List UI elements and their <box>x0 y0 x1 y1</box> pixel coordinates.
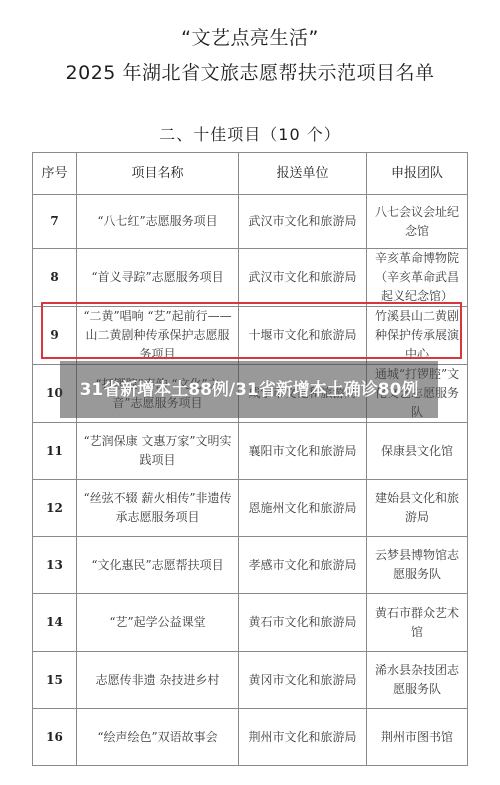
row-applicant-team: 八七会议会址纪念馆 <box>367 195 468 249</box>
overlay-headline-text: 31省新增本土88例/31省新增本土确诊80例 <box>80 378 419 402</box>
row-applicant-team: 保康县文化馆 <box>367 423 468 480</box>
row-submitting-unit: 武汉市文化和旅游局 <box>239 195 367 249</box>
table-row: 15 志愿传非遗 杂技进乡村 黄冈市文化和旅游局 浠水县杂技团志愿服务队 <box>33 652 468 709</box>
row-project-name: “绘声绘色”双语故事会 <box>77 709 239 766</box>
row-number: 7 <box>33 195 77 249</box>
row-number: 12 <box>33 480 77 537</box>
row-project-name: “八七红”志愿服务项目 <box>77 195 239 249</box>
table-row: 8 “首义寻踪”志愿服务项目 武汉市文化和旅游局 辛亥革命博物院（辛亥革命武昌起… <box>33 249 468 307</box>
table-row: 7 “八七红”志愿服务项目 武汉市文化和旅游局 八七会议会址纪念馆 <box>33 195 468 249</box>
table-row: 16 “绘声绘色”双语故事会 荆州市文化和旅游局 荆州市图书馆 <box>33 709 468 766</box>
row-number: 14 <box>33 594 77 652</box>
row-project-name: 志愿传非遗 杂技进乡村 <box>77 652 239 709</box>
row-project-name: “二黄”唱响 “艺”起前行——山二黄剧种传承保护志愿服务项目 <box>77 307 239 365</box>
table-header-row: 序号 项目名称 报送单位 申报团队 <box>33 153 468 195</box>
row-applicant-team: 黄石市群众艺术馆 <box>367 594 468 652</box>
row-project-name: “艺润保康 文惠万家”文明实践项目 <box>77 423 239 480</box>
row-number: 8 <box>33 249 77 307</box>
document-title-line1: “文艺点亮生活” <box>0 23 500 50</box>
table-row: 14 “艺”起学公益课堂 黄石市文化和旅游局 黄石市群众艺术馆 <box>33 594 468 652</box>
header-number: 序号 <box>33 153 77 195</box>
row-project-name: “丝弦不辍 薪火相传”非遗传承志愿服务项目 <box>77 480 239 537</box>
row-project-name: “首义寻踪”志愿服务项目 <box>77 249 239 307</box>
row-number: 15 <box>33 652 77 709</box>
row-project-name: “艺”起学公益课堂 <box>77 594 239 652</box>
row-applicant-team: 竹溪县山二黄剧种保护传承展演中心 <box>367 307 468 365</box>
section-heading: 二、十佳项目（10 个） <box>0 122 500 145</box>
header-submitting-unit: 报送单位 <box>239 153 367 195</box>
project-list-table: 序号 项目名称 报送单位 申报团队 7 “八七红”志愿服务项目 武汉市文化和旅游… <box>32 152 468 766</box>
row-project-name: “文化惠民”志愿帮扶项目 <box>77 537 239 594</box>
row-applicant-team: 建始县文化和旅游局 <box>367 480 468 537</box>
row-number: 11 <box>33 423 77 480</box>
header-project-name: 项目名称 <box>77 153 239 195</box>
table-row: 12 “丝弦不辍 薪火相传”非遗传承志愿服务项目 恩施州文化和旅游局 建始县文化… <box>33 480 468 537</box>
row-number: 16 <box>33 709 77 766</box>
row-number: 13 <box>33 537 77 594</box>
row-applicant-team: 荆州市图书馆 <box>367 709 468 766</box>
row-submitting-unit: 黄冈市文化和旅游局 <box>239 652 367 709</box>
headline-overlay-banner[interactable]: 31省新增本土88例/31省新增本土确诊80例 <box>60 361 438 418</box>
row-applicant-team: 云梦县博物馆志愿服务队 <box>367 537 468 594</box>
row-submitting-unit: 十堰市文化和旅游局 <box>239 307 367 365</box>
row-submitting-unit: 武汉市文化和旅游局 <box>239 249 367 307</box>
row-submitting-unit: 黄石市文化和旅游局 <box>239 594 367 652</box>
row-submitting-unit: 荆州市文化和旅游局 <box>239 709 367 766</box>
row-applicant-team: 浠水县杂技团志愿服务队 <box>367 652 468 709</box>
row-submitting-unit: 孝感市文化和旅游局 <box>239 537 367 594</box>
table-row: 13 “文化惠民”志愿帮扶项目 孝感市文化和旅游局 云梦县博物馆志愿服务队 <box>33 537 468 594</box>
row-applicant-team: 辛亥革命博物院（辛亥革命武昌起义纪念馆） <box>367 249 468 307</box>
table-row-highlighted: 9 “二黄”唱响 “艺”起前行——山二黄剧种传承保护志愿服务项目 十堰市文化和旅… <box>33 307 468 365</box>
row-number: 9 <box>33 307 77 365</box>
row-submitting-unit: 恩施州文化和旅游局 <box>239 480 367 537</box>
document-title-line2: 2025 年湖北省文旅志愿帮扶示范项目名单 <box>0 58 500 85</box>
header-applicant-team: 申报团队 <box>367 153 468 195</box>
row-submitting-unit: 襄阳市文化和旅游局 <box>239 423 367 480</box>
table-row: 11 “艺润保康 文惠万家”文明实践项目 襄阳市文化和旅游局 保康县文化馆 <box>33 423 468 480</box>
